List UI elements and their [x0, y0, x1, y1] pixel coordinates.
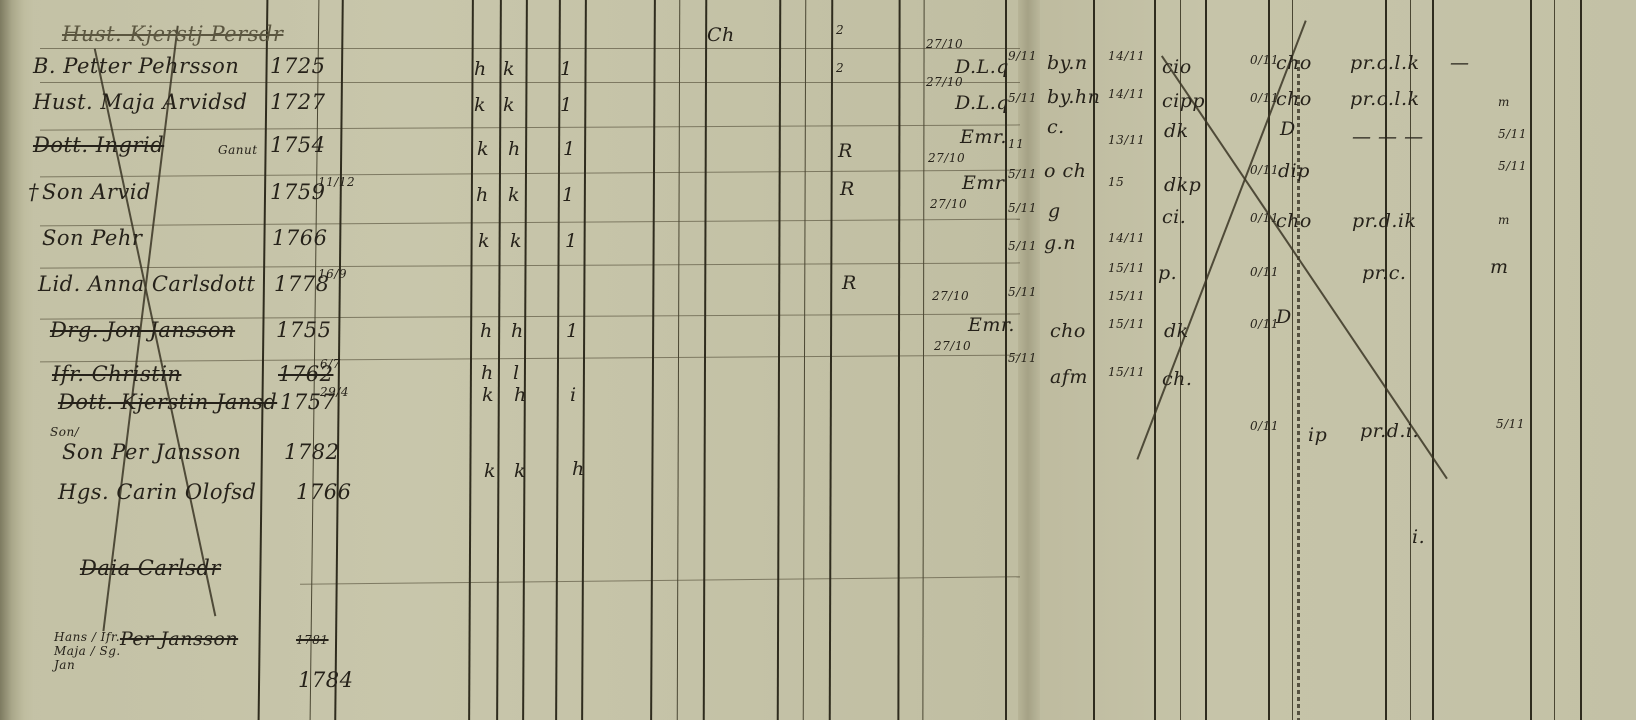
- column-rule: [1432, 0, 1434, 720]
- relation-prefix: Son/: [50, 426, 79, 438]
- knowledge-mark: 1: [562, 184, 575, 206]
- right-fraction-2: 0/11: [1250, 266, 1279, 278]
- right-col-b: dk: [1164, 120, 1189, 142]
- knowledge-mark: k: [503, 58, 515, 80]
- right-col-e: m: [1490, 256, 1509, 278]
- right-col-b: ch.: [1162, 368, 1192, 390]
- note-text: Emr.: [968, 314, 1015, 336]
- birth-year: 1754: [270, 133, 325, 157]
- right-fraction: 14/11: [1108, 50, 1145, 62]
- right-page: [1030, 0, 1636, 720]
- person-name: Dott. Ingrid: [33, 133, 164, 157]
- knowledge-mark: k: [484, 460, 496, 482]
- column-rule: [1580, 0, 1582, 720]
- edge-fraction: 5/11: [1008, 202, 1037, 214]
- knowledge-mark: h: [481, 362, 494, 384]
- right-col-e: 5/11: [1498, 128, 1527, 140]
- right-col-a: by.hn: [1047, 86, 1100, 108]
- right-fraction: 15/11: [1108, 262, 1145, 274]
- right-col-b: p.: [1158, 262, 1177, 284]
- column-rule: [1268, 0, 1270, 720]
- column-mark: 2: [836, 24, 844, 36]
- right-col-e: m: [1498, 96, 1510, 108]
- knowledge-mark: i: [570, 384, 577, 406]
- right-col-c: cho: [1276, 52, 1312, 74]
- right-col-a: g.n: [1044, 232, 1076, 254]
- birth-year: 1781: [296, 634, 329, 646]
- birth-day-month: 29/4: [320, 386, 349, 398]
- right-fraction-2: 0/11: [1250, 92, 1279, 104]
- ruling-line: [40, 82, 1020, 83]
- page-fold-mark: [1297, 60, 1300, 720]
- right-fraction-2: 0/11: [1250, 420, 1279, 432]
- communion-date: 27/10: [934, 340, 954, 352]
- edge-fraction: 5/11: [1008, 240, 1037, 252]
- communion-date: 27/10: [926, 38, 946, 50]
- birth-year: 1725: [270, 54, 325, 78]
- knowledge-mark: 1: [565, 230, 578, 252]
- right-col-e: —: [1450, 52, 1470, 74]
- right-col-c: ip: [1308, 424, 1327, 446]
- right-fraction: 13/11: [1108, 134, 1145, 146]
- knowledge-mark: k: [510, 230, 522, 252]
- right-col-a: by.n: [1047, 52, 1088, 74]
- knowledge-mark: h: [511, 320, 524, 342]
- note-text: Emr.: [960, 126, 1007, 148]
- right-col-d: pr.c.: [1362, 262, 1406, 284]
- edge-fraction: 5/11: [1008, 168, 1037, 180]
- ruling-line: [40, 48, 1020, 49]
- right-col-d: pr.d.ik: [1352, 210, 1417, 232]
- right-col-d: pr.d.i.: [1360, 420, 1419, 442]
- right-col-d: pr.c.l.k: [1350, 88, 1420, 110]
- right-col-c: D: [1280, 118, 1296, 140]
- right-fraction-2: 0/11: [1250, 318, 1279, 330]
- person-name: B. Petter Pehrsson: [33, 54, 239, 78]
- person-name: Dott. Kjerstin Jansd: [58, 390, 277, 414]
- person-name: Son Per Jansson: [62, 440, 241, 464]
- column-rule: [1154, 0, 1156, 720]
- edge-fraction: 5/11: [1008, 92, 1037, 104]
- knowledge-mark: h: [514, 384, 527, 406]
- knowledge-mark: k: [503, 94, 515, 116]
- communion-date: 27/10: [926, 76, 946, 88]
- right-col-d: — — —: [1352, 126, 1424, 148]
- column-rule: [1205, 0, 1207, 720]
- knowledge-mark: k: [474, 94, 486, 116]
- knowledge-mark: h: [474, 58, 487, 80]
- birth-day-month: 16/9: [318, 268, 347, 280]
- right-col-b: dkp: [1164, 174, 1201, 196]
- knowledge-mark: h: [476, 184, 489, 206]
- person-note: Ganut: [218, 144, 258, 156]
- right-fraction: 15: [1108, 176, 1124, 188]
- right-col-e: m: [1498, 214, 1510, 226]
- knowledge-mark: h: [480, 320, 493, 342]
- right-col-b: cipp: [1162, 90, 1205, 112]
- person-name: Son Arvid: [42, 180, 151, 204]
- right-col-a: afm: [1050, 366, 1088, 388]
- birth-year: 1755: [276, 318, 331, 342]
- column-rule: [1093, 0, 1095, 720]
- header-mark: Ch: [707, 24, 735, 46]
- knowledge-mark: k: [478, 230, 490, 252]
- note-text: D.L.q: [955, 92, 1009, 114]
- right-fraction-2: 0/11: [1250, 212, 1279, 224]
- birth-day-month: 11/12: [318, 176, 355, 188]
- knowledge-mark: k: [477, 138, 489, 160]
- household-heading: Hust. Kjerstj Persdr: [62, 22, 283, 46]
- birth-day-month: 6/7: [320, 358, 341, 370]
- edge-fraction: 11: [1008, 138, 1024, 150]
- right-col-d: pr.c.l.k: [1350, 52, 1420, 74]
- right-fraction: 15/11: [1108, 290, 1145, 302]
- person-name: Hust. Maja Arvidsd: [33, 90, 248, 114]
- column-mark: 2: [836, 62, 844, 74]
- person-name: Ifr. Christin: [52, 362, 181, 386]
- communion-date: 27/10: [930, 198, 950, 210]
- knowledge-mark: h: [572, 458, 585, 480]
- right-fraction: 15/11: [1108, 366, 1145, 378]
- right-col-b: cio: [1162, 56, 1192, 78]
- right-fraction: 14/11: [1108, 232, 1145, 244]
- person-name: Drg. Jon Jansson: [50, 318, 235, 342]
- knowledge-mark: k: [508, 184, 520, 206]
- column-rule: [1530, 0, 1532, 720]
- right-fraction: 15/11: [1108, 318, 1145, 330]
- knowledge-mark: k: [482, 384, 494, 406]
- person-name: Lid. Anna Carlsdott: [38, 272, 255, 296]
- birth-year: 1782: [284, 440, 339, 464]
- person-name: Daia Carlsdr: [80, 556, 221, 580]
- right-fraction-2: 0/11: [1250, 54, 1279, 66]
- right-col-b: dk: [1164, 320, 1189, 342]
- column-mark: R: [842, 272, 857, 294]
- column-rule: [1554, 0, 1555, 720]
- communion-date: 27/10: [932, 290, 952, 302]
- right-col-c: D: [1276, 306, 1292, 328]
- column-mark: R: [840, 178, 855, 200]
- birth-year: 1784: [298, 668, 353, 692]
- edge-fraction: 5/11: [1008, 352, 1037, 364]
- right-col-c: cho: [1276, 88, 1312, 110]
- right-fraction-2: 0/11: [1250, 164, 1279, 176]
- birth-year: 1727: [270, 90, 325, 114]
- right-col-e: 5/11: [1498, 160, 1527, 172]
- right-col-e: 5/11: [1496, 418, 1525, 430]
- edge-fraction: 5/11: [1008, 286, 1037, 298]
- knowledge-mark: l: [513, 362, 520, 384]
- right-col-a: cho: [1050, 320, 1086, 342]
- birth-year: 1766: [296, 480, 351, 504]
- knowledge-mark: 1: [566, 320, 579, 342]
- column-mark: R: [838, 140, 853, 162]
- right-col-a: o ch: [1044, 160, 1086, 182]
- knowledge-mark: 1: [563, 138, 576, 160]
- person-name: Son Pehr: [42, 226, 142, 250]
- communion-date: 27/10: [928, 152, 948, 164]
- edge-fraction: 9/11: [1008, 50, 1037, 62]
- right-col-b: ci.: [1162, 206, 1186, 228]
- knowledge-mark: k: [514, 460, 526, 482]
- person-name: Hans / Ifr. Maja / Sg. Jan: [54, 630, 124, 672]
- knowledge-mark: 1: [560, 94, 573, 116]
- right-col-a: g: [1048, 200, 1061, 222]
- right-col-d: i.: [1412, 526, 1425, 548]
- note-text: Emr: [962, 172, 1004, 194]
- book-binding-edge: [0, 0, 34, 720]
- right-col-c: dip: [1278, 160, 1310, 182]
- right-col-a: c.: [1047, 116, 1065, 138]
- person-name: Per Jansson: [120, 628, 238, 650]
- right-fraction: 14/11: [1108, 88, 1145, 100]
- note-text: D.L.q: [955, 56, 1009, 78]
- knowledge-mark: 1: [560, 58, 573, 80]
- knowledge-mark: h: [508, 138, 521, 160]
- deceased-mark: †: [28, 180, 39, 204]
- right-col-c: cho: [1276, 210, 1312, 232]
- birth-year: 1766: [272, 226, 327, 250]
- person-name: Hgs. Carin Olofsd: [58, 480, 257, 504]
